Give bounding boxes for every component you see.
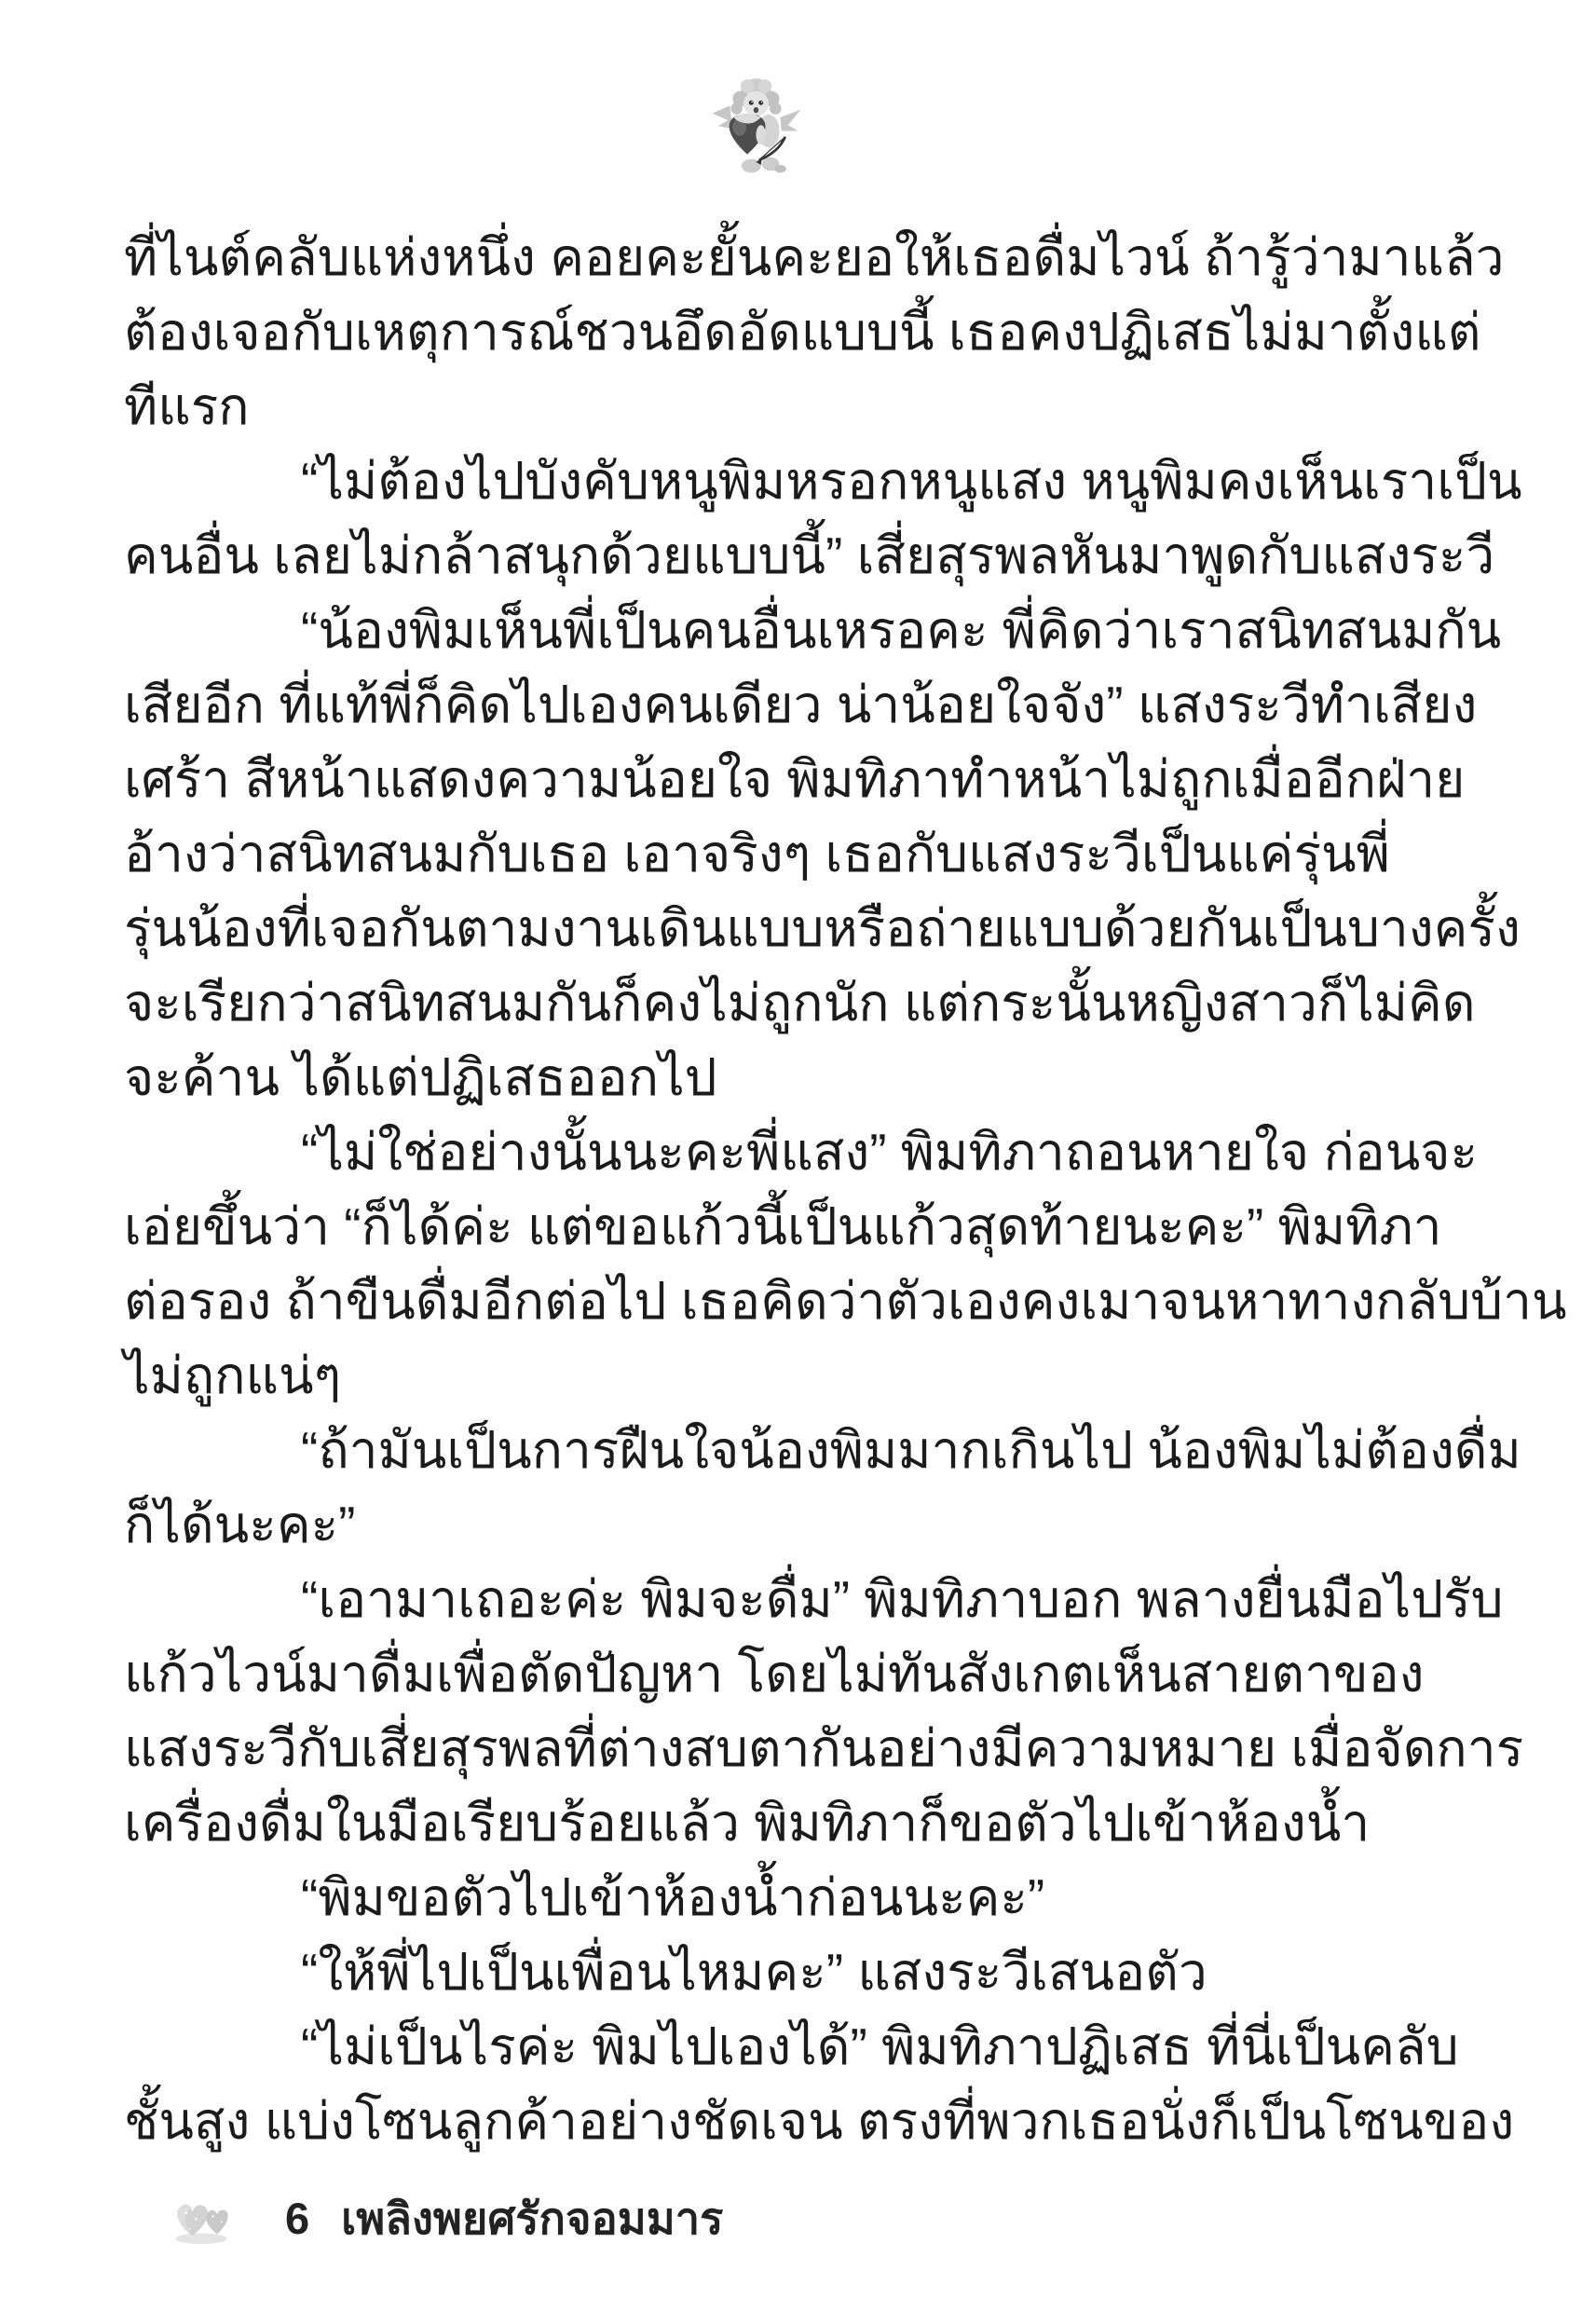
page-footer: 6 เพลิงพยศรักจอมมาร	[166, 2185, 723, 2250]
cupid-hugging-heart-illustration	[710, 75, 803, 186]
text-line: “พิมขอตัวไปเข้าห้องน้ำก่อนนะคะ”	[124, 1860, 1335, 1935]
text-line: “ไม่ใช่อย่างนั้นนะคะพี่แสง” พิมทิภาถอนหา…	[124, 1114, 1335, 1189]
text-line: จะค้าน ได้แต่ปฏิเสธออกไป	[124, 1040, 1335, 1114]
text-line: “ไม่ต้องไปบังคับหนูพิมหรอกหนูแสง หนูพิมค…	[124, 444, 1335, 518]
text-line: รุ่นน้องที่เจอกันตามงานเดินแบบหรือถ่ายแบ…	[124, 891, 1335, 965]
text-line: อ้างว่าสนิทสนมกับเธอ เอาจริงๆ เธอกับแสงร…	[124, 816, 1335, 891]
text-line: ไม่ถูกแน่ๆ	[124, 1338, 1335, 1413]
text-line: ก็ได้นะคะ”	[124, 1487, 1335, 1562]
text-line: เอ่ยขึ้นว่า “ก็ได้ค่ะ แต่ขอแก้วนี้เป็นแก…	[124, 1189, 1335, 1264]
text-line: ที่ไนต์คลับแห่งหนึ่ง คอยคะยั้นคะยอให้เธอ…	[124, 220, 1335, 294]
text-line: เครื่องดื่มในมือเรียบร้อยแล้ว พิมทิภาก็ข…	[124, 1785, 1335, 1860]
book-title: เพลิงพยศรักจอมมาร	[341, 2183, 723, 2253]
text-line: แก้วไวน์มาดื่มเพื่อตัดปัญหา โดยไม่ทันสัง…	[124, 1636, 1335, 1711]
text-line: ชั้นสูง แบ่งโซนลูกค้าอย่างชัดเจน ตรงที่พ…	[124, 2084, 1335, 2158]
text-line: ต้องเจอกับเหตุการณ์ชวนอึดอัดแบบนี้ เธอคง…	[124, 294, 1335, 369]
text-line: “ไม่เป็นไรค่ะ พิมไปเองได้” พิมทิภาปฏิเสธ…	[124, 2009, 1335, 2084]
text-line: เสียอีก ที่แท้พี่ก็คิดไปเองคนเดียว น่าน้…	[124, 667, 1335, 742]
text-line: “ให้พี่ไปเป็นเพื่อนไหมคะ” แสงระวีเสนอตัว	[124, 1935, 1335, 2009]
text-line: ทีแรก	[124, 369, 1335, 444]
text-line: แสงระวีกับเสี่ยสุรพลที่ต่างสบตากันอย่างม…	[124, 1711, 1335, 1785]
text-line: ต่อรอง ถ้าขืนดื่มอีกต่อไป เธอคิดว่าตัวเอ…	[124, 1264, 1335, 1338]
text-line: “เอามาเถอะค่ะ พิมจะดื่ม” พิมทิภาบอก พลาง…	[124, 1562, 1335, 1636]
text-line: จะเรียกว่าสนิทสนมกันก็คงไม่ถูกนัก แต่กระ…	[124, 965, 1335, 1040]
text-line: เศร้า สีหน้าแสดงความน้อยใจ พิมทิภาทำหน้า…	[124, 742, 1335, 816]
cupid-icon	[710, 75, 803, 186]
text-line: “ถ้ามันเป็นการฝืนใจน้องพิมมากเกินไป น้อง…	[124, 1413, 1335, 1487]
twin-hearts-icon	[166, 2188, 237, 2248]
body-text: ที่ไนต์คลับแห่งหนึ่ง คอยคะยั้นคะยอให้เธอ…	[124, 220, 1335, 2158]
book-page: ที่ไนต์คลับแห่งหนึ่ง คอยคะยั้นคะยอให้เธอ…	[0, 0, 1596, 2311]
page-number: 6	[285, 2193, 309, 2244]
text-line: “น้องพิมเห็นพี่เป็นคนอื่นเหรอคะ พี่คิดว่…	[124, 593, 1335, 667]
text-line: คนอื่น เลยไม่กล้าสนุกด้วยแบบนี้” เสี่ยสุ…	[124, 518, 1335, 593]
